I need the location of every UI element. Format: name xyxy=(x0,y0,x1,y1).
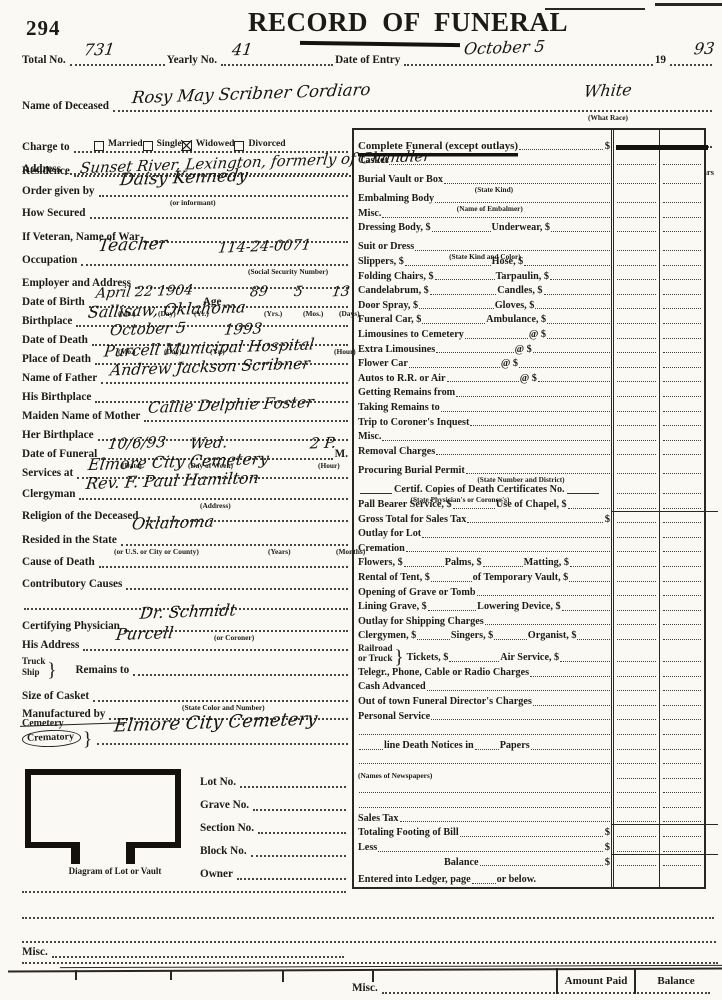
charge-row-29: Rental of Tent, $of Temporary Vault, $ xyxy=(354,570,704,585)
misc-dotted-line xyxy=(22,891,346,893)
money-cell-dollars xyxy=(611,753,659,768)
money-cell-cents xyxy=(659,415,704,430)
ssn-value: 114-24-0071 xyxy=(217,238,312,256)
charge-row-44 xyxy=(354,796,704,811)
money-cell-cents xyxy=(659,444,704,459)
charge-item-label: Gloves, $ xyxy=(495,300,535,313)
charge-row-39 xyxy=(354,723,704,738)
charge-row-13: Limousines to Cemetery@ $ xyxy=(354,327,704,342)
charge-row-33: Clergymen, $Singers, $Organist, $ xyxy=(354,628,704,643)
money-cell-dollars xyxy=(611,825,659,840)
cemetery-label: Cemetery xyxy=(22,718,81,730)
money-cell-dollars xyxy=(611,840,659,855)
subtotal-rule xyxy=(612,854,718,855)
money-cell-cents xyxy=(659,796,704,811)
owner-label: Owner xyxy=(200,869,235,882)
how-secured-label: How Secured xyxy=(22,208,88,221)
money-cell-cents xyxy=(659,869,704,887)
money-cell-cents xyxy=(659,371,704,386)
footer-tick xyxy=(556,968,558,994)
charge-item-label: Sales Tax xyxy=(358,813,399,826)
heavy-entry-mark xyxy=(616,145,708,150)
birth-date-value: April 22 1904 xyxy=(95,283,194,300)
money-cell-cents xyxy=(659,254,704,269)
money-cell-dollars xyxy=(611,869,659,887)
money-cell-dollars xyxy=(611,254,659,269)
charge-item-label: Outlay for Lot xyxy=(358,528,421,541)
cemetery-value: Elmore City Cemetery xyxy=(113,710,318,735)
title-underline xyxy=(300,41,460,47)
charge-row-25: Gross Total for Sales Tax$ xyxy=(354,512,704,527)
charge-row-41 xyxy=(354,753,704,768)
charge-row-6: Dressing Body, $Underwear, $ xyxy=(354,221,704,236)
money-cell-cents xyxy=(659,400,704,415)
money-cell-cents xyxy=(659,526,704,541)
funeral-hour-value: 2 P. xyxy=(309,436,337,452)
charge-row-46: Totaling Footing of Bill$ xyxy=(354,825,704,840)
charge-item-label: Air Service, $ xyxy=(500,652,559,665)
money-cell-dollars xyxy=(611,312,659,327)
money-cell-cents xyxy=(659,342,704,357)
money-cell-dollars xyxy=(611,283,659,298)
funeral-date-value: 10/6/93 xyxy=(107,435,167,452)
money-cell-cents xyxy=(659,153,704,168)
charge-row-31: Lining Grave, $Lowering Device, $ xyxy=(354,599,704,614)
money-cell-dollars xyxy=(611,709,659,724)
age-yrs-value: 89 xyxy=(249,285,269,300)
money-cell-cents xyxy=(659,312,704,327)
birthplace-label: Birthplace xyxy=(22,316,74,329)
money-cell-dollars xyxy=(611,512,659,527)
field-block-no: Block No. xyxy=(200,836,348,859)
misc-dotted-line xyxy=(22,941,716,943)
money-cell-dollars xyxy=(611,477,659,497)
money-cell-dollars xyxy=(611,168,659,187)
religion-label: Religion of the Deceased xyxy=(22,511,141,524)
section-no-label: Section No. xyxy=(200,823,256,836)
ship-label: Ship xyxy=(22,667,45,677)
money-cell-dollars xyxy=(611,444,659,459)
charge-item-label: Misc. xyxy=(358,208,381,221)
age-days-value: 13 xyxy=(331,285,351,300)
charge-item-label: Removal Charges xyxy=(358,446,435,459)
or-informant-sub: (or informant) xyxy=(170,199,216,206)
cause-of-death-label: Cause of Death xyxy=(22,557,97,570)
money-cell-cents xyxy=(659,477,704,497)
charge-row-30: Opening of Grave or Tomb xyxy=(354,585,704,600)
charge-item-label: line Death Notices in xyxy=(384,740,474,753)
money-cell-cents xyxy=(659,298,704,313)
charge-row-27: Cremation xyxy=(354,541,704,556)
money-cell-cents xyxy=(659,221,704,236)
charge-item-label: Misc. xyxy=(358,431,381,444)
charge-row-10: Candelabrum, $Candles, $ xyxy=(354,283,704,298)
charge-item-label: Gross Total for Sales Tax xyxy=(358,514,466,527)
money-cell-dollars xyxy=(611,811,659,826)
mother-value: Callie Delphie Foster xyxy=(147,395,314,416)
charge-row-35: Telegr., Phone, Cable or Radio Charges xyxy=(354,665,704,680)
charge-row-43 xyxy=(354,782,704,797)
funeral-day-value: Wed. xyxy=(189,435,228,451)
charge-item-label: Cash Advanced xyxy=(358,681,426,694)
money-cell-cents xyxy=(659,665,704,680)
charge-item-label: Candelabrum, $ xyxy=(358,285,429,298)
field-order-given-by: Order given by Daisy Kennedy (or informa… xyxy=(22,177,350,199)
death-year-value: 1993 xyxy=(223,321,263,337)
contributory-label: Contributory Causes xyxy=(22,579,124,592)
funeral-record-page: 294 RECORD OF FUNERAL Total No. Yearly N… xyxy=(0,0,722,1000)
field-lot-no: Lot No. xyxy=(200,767,348,790)
or-coroner-sub: (or Coroner) xyxy=(214,634,254,641)
lot-vault-diagram xyxy=(25,769,181,869)
money-cell-dollars xyxy=(611,585,659,600)
yrs-sub: (Yrs.) xyxy=(264,310,282,317)
money-cell-dollars xyxy=(611,342,659,357)
money-cell-dollars xyxy=(611,738,659,753)
father-label: Name of Father xyxy=(22,373,99,386)
money-cell-cents xyxy=(659,709,704,724)
money-cell-cents xyxy=(659,269,704,284)
charge-item-sublabel: (Name of Embalmer) xyxy=(457,205,523,212)
charge-item-label: Extra Limousines xyxy=(358,344,435,357)
block-no-label: Block No. xyxy=(200,846,249,859)
footer-rule xyxy=(8,967,722,972)
charges-box: Complete Funeral (except outlays)$Casket… xyxy=(352,128,706,889)
father-value: Andrew Jackson Scribner xyxy=(109,356,311,379)
field-father: Name of Father Andrew Jackson Scribner xyxy=(22,367,350,386)
charge-row-17: Getting Remains from xyxy=(354,385,704,400)
field-resided-state: Resided in the State Oklahoma (or U.S. o… xyxy=(22,524,350,548)
money-cell-cents xyxy=(659,327,704,342)
subtotal-rule xyxy=(612,511,718,512)
money-cell-cents xyxy=(659,458,704,477)
charge-item-label: @ $ xyxy=(520,373,537,386)
left-column: Charge to Address Order given by Daisy K… xyxy=(22,133,350,747)
money-cell-dollars xyxy=(611,570,659,585)
charge-item-label: Slippers, $ xyxy=(358,256,404,269)
misc-dotted-line xyxy=(22,917,714,919)
charge-item-label: Personal Service xyxy=(358,711,430,724)
address-label: Address xyxy=(22,164,63,177)
mos-sub: (Mos.) xyxy=(303,310,323,317)
resided-label: Resided in the State xyxy=(22,535,119,548)
money-cell-dollars xyxy=(611,643,659,665)
charge-row-26: Outlay for Lot xyxy=(354,526,704,541)
charge-item-label: Outlay for Shipping Charges xyxy=(358,616,484,629)
charge-item-label: Palms, $ xyxy=(445,557,482,570)
address-sub: (Address) xyxy=(200,502,231,509)
money-cell-cents xyxy=(659,585,704,600)
field-name-of-deceased: Name of Deceased Rosy May Scribner Cordi… xyxy=(22,94,714,114)
field-his-address: His Address Purcell xyxy=(22,634,350,653)
charge-row-40: line Death Notices inPapers xyxy=(354,738,704,753)
charge-item-label: Underwear, $ xyxy=(492,222,550,235)
his-birthplace-label: His Birthplace xyxy=(22,392,93,405)
cemetery-brace: } xyxy=(83,733,92,747)
money-cell-cents xyxy=(659,628,704,643)
money-cell-cents xyxy=(659,855,704,870)
field-occupation: Occupation Teacher 114-24-0071 (Social S… xyxy=(22,245,350,268)
yearly-no-value: 41 xyxy=(231,42,253,59)
money-cell-dollars xyxy=(611,497,659,512)
money-cell-dollars xyxy=(611,153,659,168)
scan-line xyxy=(655,3,722,6)
charge-item-label: @ $ xyxy=(529,329,546,342)
money-cell-dollars xyxy=(611,298,659,313)
money-cell-dollars xyxy=(611,723,659,738)
charge-item-sublabel: (State Kind) xyxy=(475,186,513,193)
money-cell-dollars xyxy=(611,400,659,415)
deceased-name-value: Rosy May Scribner Cordiaro xyxy=(131,82,371,107)
railroad-brace: } xyxy=(395,651,404,665)
charge-row-49: Entered into Ledger, pageor below. xyxy=(354,869,704,887)
amount-paid-label: Amount Paid xyxy=(560,975,632,987)
money-cell-dollars xyxy=(611,796,659,811)
hour-sub: (Hour) xyxy=(334,348,356,355)
ssn-sub: (Social Security Number) xyxy=(248,268,328,275)
charge-item-label: Trip to Coroner's Inquest xyxy=(358,417,469,430)
charge-row-38: Personal Service xyxy=(354,709,704,724)
money-cell-cents xyxy=(659,497,704,512)
field-section-no: Section No. xyxy=(200,813,348,836)
charge-row-4: Embalming Body(Name of Embalmer) xyxy=(354,187,704,206)
date-of-entry-label: Date of Entry xyxy=(335,55,402,68)
charge-row-18: Taking Remains to xyxy=(354,400,704,415)
resided-state-value: Oklahoma xyxy=(131,514,215,533)
money-cell-cents xyxy=(659,738,704,753)
money-cell-dollars xyxy=(611,356,659,371)
charge-row-48: Balance$ xyxy=(354,855,704,870)
money-cell-dollars xyxy=(611,221,659,236)
years-sub: (Years) xyxy=(268,548,291,555)
form-title: RECORD OF FUNERAL xyxy=(248,7,568,38)
charge-row-22: Procuring Burial Permit(State Number and… xyxy=(354,458,704,477)
charge-item-label: Telegr., Phone, Cable or Radio Charges xyxy=(358,667,529,680)
charge-item-label: Tickets, $ xyxy=(407,652,449,665)
money-cell-cents xyxy=(659,753,704,768)
hour-sub: (Hour) xyxy=(318,462,340,469)
subtotal-rule xyxy=(612,824,718,825)
money-cell-cents xyxy=(659,206,704,221)
money-cell-cents xyxy=(659,168,704,187)
charge-row-19: Trip to Coroner's Inquest xyxy=(354,415,704,430)
money-cell-cents xyxy=(659,767,704,782)
money-cell-dollars xyxy=(611,694,659,709)
days-sub: (Days) xyxy=(339,310,360,317)
money-cell-cents xyxy=(659,570,704,585)
services-at-label: Services at xyxy=(22,468,75,481)
crematory-label: Crematory xyxy=(22,728,82,747)
charge-item-label: Totaling Footing of Bill xyxy=(358,827,459,840)
footer-tick xyxy=(634,968,636,994)
remains-to-label: Remains to xyxy=(75,665,131,678)
money-cell-dollars xyxy=(611,187,659,206)
date-of-death-label: Date of Death xyxy=(22,335,90,348)
physician-address-value: Purcell xyxy=(115,625,174,643)
charge-row-16: Autos to R.R. or Air@ $ xyxy=(354,371,704,386)
charge-item-label: Organist, $ xyxy=(528,630,577,643)
money-cell-cents xyxy=(659,356,704,371)
charge-item-sublabel: (State Kind and Color) xyxy=(449,253,521,260)
money-cell-dollars xyxy=(611,599,659,614)
charge-item-label: Less xyxy=(358,842,377,855)
charge-item-label: @ $ xyxy=(501,358,518,371)
footer-tick xyxy=(282,970,284,982)
physician-value: Dr. Schmidt xyxy=(139,602,237,621)
money-cell-cents xyxy=(659,541,704,556)
money-cell-cents xyxy=(659,614,704,629)
charge-item-label: Tarpaulin, $ xyxy=(496,271,549,284)
charge-row-37: Out of town Funeral Director's Charges xyxy=(354,694,704,709)
money-cell-cents xyxy=(659,599,704,614)
charge-item-label: Lining Grave, $ xyxy=(358,601,427,614)
charge-item-label: Entered into Ledger, page xyxy=(358,874,471,887)
her-birthplace-label: Her Birthplace xyxy=(22,430,96,443)
date-of-birth-label: Date of Birth xyxy=(22,297,87,310)
field-mother: Maiden Name of Mother Callie Delphie Fos… xyxy=(22,405,350,424)
charge-item-label: or below. xyxy=(497,874,536,887)
money-cell-dollars xyxy=(611,665,659,680)
order-given-by-label: Order given by xyxy=(22,186,97,199)
charge-item-label: Door Spray, $ xyxy=(358,300,418,313)
money-cell-cents xyxy=(659,429,704,444)
money-cell-dollars xyxy=(611,269,659,284)
charge-row-15: Flower Car@ $ xyxy=(354,356,704,371)
money-cell-cents xyxy=(659,187,704,206)
charge-item-label: Rental of Tent, $ xyxy=(358,572,430,585)
money-cell-cents xyxy=(659,643,704,665)
money-cell-dollars xyxy=(611,555,659,570)
charge-item-label: @ $ xyxy=(515,344,532,357)
total-no-label: Total No. xyxy=(22,55,68,68)
death-date-value: October 5 xyxy=(109,321,187,339)
money-cell-dollars xyxy=(611,327,659,342)
entry-year-value: 93 xyxy=(693,41,715,58)
money-cell-cents xyxy=(659,512,704,527)
charge-row-24: Pall Bearer Service, $Use of Chapel, $ xyxy=(354,497,704,512)
charge-item-label: Taking Remains to xyxy=(358,402,440,415)
charge-row-9: Folding Chairs, $Tarpaulin, $ xyxy=(354,269,704,284)
page-number: 294 xyxy=(26,16,61,41)
charge-item-label: Out of town Funeral Director's Charges xyxy=(358,696,532,709)
occupation-value: Teacher xyxy=(97,236,168,255)
charge-row-12: Funeral Car, $Ambulance, $ xyxy=(354,312,704,327)
footer-tick xyxy=(170,970,172,980)
charge-row-8: Slippers, $Hose, $ xyxy=(354,254,704,269)
charge-row-45: Sales Tax xyxy=(354,811,704,826)
charge-row-42: (Names of Newspapers) xyxy=(354,767,704,782)
misc-label: Misc. xyxy=(22,947,50,960)
charge-item-label: Candles, $ xyxy=(497,285,542,298)
charge-item-label: Autos to R.R. or Air xyxy=(358,373,446,386)
money-cell-dollars xyxy=(611,235,659,254)
place-of-death-label: Place of Death xyxy=(22,354,93,367)
money-cell-cents xyxy=(659,235,704,254)
money-cell-cents xyxy=(659,283,704,298)
field-cemetery-crematory: Cemetery Crematory } Elmore City Cemeter… xyxy=(22,722,350,747)
name-of-deceased-label: Name of Deceased xyxy=(22,101,111,114)
charge-item-label: Folding Chairs, $ xyxy=(358,271,434,284)
entry-date-value: October 5 xyxy=(463,39,546,58)
money-cell-dollars xyxy=(611,415,659,430)
charge-item-sublabel: (State Number and District) xyxy=(477,476,564,483)
money-cell-dollars xyxy=(611,206,659,221)
charge-item-label: Ambulance, $ xyxy=(486,314,546,327)
charge-item-label: Matting, $ xyxy=(524,557,569,570)
year-prefix: 19 xyxy=(655,55,668,68)
money-cell-cents xyxy=(659,385,704,400)
money-cell-dollars xyxy=(611,767,659,782)
race-value: White xyxy=(583,82,633,100)
yearly-no-label: Yearly No. xyxy=(167,55,219,68)
charge-row-36: Cash Advanced xyxy=(354,680,704,695)
his-address-label: His Address xyxy=(22,640,81,653)
charge-row-11: Door Spray, $Gloves, $ xyxy=(354,298,704,313)
money-cell-dollars xyxy=(611,541,659,556)
balance-label: Balance xyxy=(640,975,712,987)
charge-item-label: Procuring Burial Permit xyxy=(358,465,465,478)
field-size-of-casket: Size of Casket (State Color and Number) xyxy=(22,678,350,704)
age-mos-value: 5 xyxy=(293,285,304,299)
charge-item-label: Flowers, $ xyxy=(358,557,403,570)
diagram-caption: Diagram of Lot or Vault xyxy=(40,866,190,876)
months-sub: (Months) xyxy=(336,548,365,555)
truck-ship-labels: Truck Ship xyxy=(22,656,45,678)
total-no-value: 731 xyxy=(83,41,116,58)
grave-no-label: Grave No. xyxy=(200,800,251,813)
charge-item-label: Lowering Device, $ xyxy=(477,601,560,614)
certifying-label: Certifying Physician xyxy=(22,621,122,634)
charge-item-label: Opening of Grave or Tomb xyxy=(358,587,476,600)
field-certifying-physician: Certifying Physician Dr. Schmidt (or Cor… xyxy=(22,612,350,634)
money-cell-dollars xyxy=(611,680,659,695)
money-cell-cents xyxy=(659,694,704,709)
charge-row-28: Flowers, $Palms, $Matting, $ xyxy=(354,555,704,570)
charge-row-34: Railroador Truck}Tickets, $Air Service, … xyxy=(354,643,704,665)
cemetery-crematory-labels: Cemetery Crematory xyxy=(22,718,81,747)
charge-item-label: Flower Car xyxy=(358,358,408,371)
charge-item-label: of Temporary Vault, $ xyxy=(473,572,569,585)
field-contributory: Contributory Causes xyxy=(22,570,350,592)
charge-row-5: Misc. xyxy=(354,206,704,221)
charge-row-21: Removal Charges xyxy=(354,444,704,459)
charge-row-47: Less$ xyxy=(354,840,704,855)
field-her-birthplace: Her Birthplace xyxy=(22,424,350,443)
charge-row-7: Suit or Dress(State Kind and Color) xyxy=(354,235,704,254)
charge-row-32: Outlay for Shipping Charges xyxy=(354,614,704,629)
order-given-by-value: Daisy Kennedy xyxy=(119,168,249,190)
field-remains-to: Truck Ship } Remains to xyxy=(22,653,350,678)
money-cell-dollars xyxy=(611,458,659,477)
money-cell-cents xyxy=(659,811,704,826)
field-misc-left: Misc. xyxy=(22,946,346,960)
money-cell-cents xyxy=(659,840,704,855)
money-cell-cents xyxy=(659,723,704,738)
charge-item-sublabel: (State Physician's or Coroner's) xyxy=(411,496,510,503)
misc-dotted-line xyxy=(22,962,718,964)
clergyman-value: Rev. F. Paul Hamilton xyxy=(85,470,260,492)
money-cell-dollars xyxy=(611,526,659,541)
charge-row-14: Extra Limousines@ $ xyxy=(354,342,704,357)
lot-fields: Lot No. Grave No. Section No. Block No. … xyxy=(200,767,348,882)
truck-ship-brace: } xyxy=(47,664,56,678)
charge-item-label: Suit or Dress xyxy=(358,241,414,254)
footer-tick xyxy=(75,970,77,980)
footer-tick xyxy=(372,970,374,982)
money-cell-cents xyxy=(659,825,704,840)
field-owner: Owner xyxy=(200,859,348,882)
occupation-label: Occupation xyxy=(22,255,79,268)
